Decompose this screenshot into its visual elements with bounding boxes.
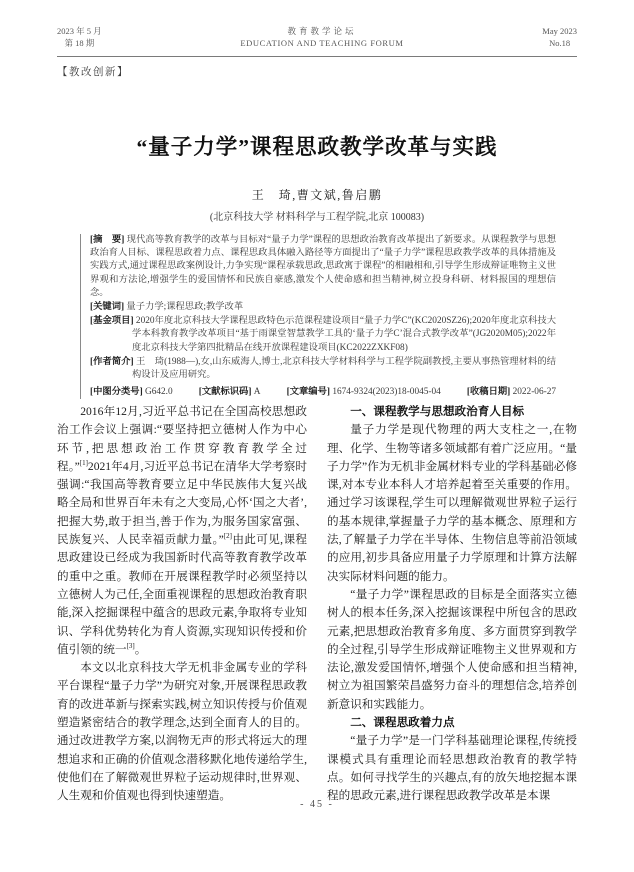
front-matter: [摘 要] 现代高等教育教学的改革与目标对“量子力学”课程的思想政治教育改革提出… [80, 234, 556, 399]
article-id-item: [文章编号] 1674-9324(2023)18-0045-04 [287, 386, 441, 399]
keywords-label: [关键词] [90, 302, 124, 312]
section-heading-1: 一、课程教学与思想政治育人目标 [327, 403, 577, 421]
clc-value: G642.0 [145, 387, 173, 397]
author-bio-text: 王 琦(1988—),女,山东威海人,博士,北京科技大学材料科学与工程学院副教授… [132, 357, 556, 380]
received-date-label: [收稿日期] [467, 387, 510, 397]
section1-paragraph-2: “量子力学”课程思政的目标是全面落实立德树人的根本任务,深入挖掘该课程中所包含的… [327, 586, 577, 714]
clc-label: [中图分类号] [90, 387, 143, 397]
received-date-item: [收稿日期] 2022-06-27 [467, 386, 556, 399]
article-title: “量子力学”课程思政教学改革与实践 [0, 130, 634, 161]
header-divider [57, 56, 577, 57]
left-column: 2016年12月,习近平总书记在全国高校思想政治工作会议上强调:“要坚持把立德树… [57, 403, 307, 806]
intro-text-3: 由此可见,课程思政建设已经成为我国新时代高等教育教学改革的重中之重。教师在开展课… [57, 533, 307, 656]
keywords-text: 量子力学;课程思政;教学改革 [126, 302, 243, 312]
article-meta-row: [中图分类号] G642.0 [文献标识码] A [文章编号] 1674-932… [90, 386, 556, 399]
header-right: May 2023 No.18 [542, 25, 577, 49]
journal-issue-cn: 第 18 期 [57, 37, 102, 49]
doc-code-value: A [254, 387, 261, 397]
journal-date-cn: 2023 年 5 月 [57, 25, 102, 37]
author-bio-row: [作者简介] 王 琦(1988—),女,山东威海人,博士,北京科技大学材料科学与… [90, 356, 556, 382]
header-left: 2023 年 5 月 第 18 期 [57, 25, 102, 49]
keywords-row: [关键词] 量子力学;课程思政;教学改革 [90, 301, 556, 314]
author-bio-label: [作者简介] [90, 357, 134, 367]
journal-name-cn: 教育教学论坛 [240, 25, 403, 37]
article-authors: 王 琦,曹文斌,鲁启鹏 [0, 186, 634, 203]
journal-name-en: EDUCATION AND TEACHING FORUM [240, 37, 403, 49]
journal-issue-en: No.18 [542, 37, 577, 49]
received-date-value: 2022-06-27 [513, 387, 556, 397]
clc-item: [中图分类号] G642.0 [90, 386, 173, 399]
abstract-label: [摘 要] [90, 235, 124, 245]
header-center: 教育教学论坛 EDUCATION AND TEACHING FORUM [240, 25, 403, 49]
article-id-label: [文章编号] [287, 387, 330, 397]
article-id-value: 1674-9324(2023)18-0045-04 [332, 387, 440, 397]
citation-ref-1: [1] [80, 459, 88, 467]
intro-text-4: 。 [135, 643, 147, 656]
page-number: - 45 - [0, 799, 634, 810]
fund-label: [基金项目] [90, 316, 134, 326]
citation-ref-3: [3] [127, 642, 135, 650]
article-affiliation: (北京科技大学 材料科学与工程学院,北京 100083) [0, 208, 634, 223]
journal-date-en: May 2023 [542, 25, 577, 37]
fund-row: [基金项目] 2020年度北京科技大学课程思政特色示范课程建设项目“量子力学C”… [90, 315, 556, 355]
paragraph-overview: 本文以北京科技大学无机非金属专业的学科平台课程“量子力学”为研究对象,开展课程思… [57, 659, 307, 805]
right-column: 一、课程教学与思想政治育人目标 量子力学是现代物理的两大支柱之一,在物理、化学、… [327, 403, 577, 806]
section2-paragraph-1: “量子力学”是一门学科基础理论课程,传统授课模式具有重理论而轻思想政治教育的教学… [327, 732, 577, 805]
citation-ref-2: [2] [224, 532, 232, 540]
section1-paragraph-1: 量子力学是现代物理的两大支柱之一,在物理、化学、生物等诸多领域都有着广泛应用。“… [327, 421, 577, 586]
body-columns: 2016年12月,习近平总书记在全国高校思想政治工作会议上强调:“要坚持把立德树… [57, 403, 577, 806]
paper-page: 2023 年 5 月 第 18 期 教育教学论坛 EDUCATION AND T… [0, 0, 634, 872]
abstract-text: 现代高等教育教学的改革与目标对“量子力学”课程的思想政治教育改革提出了新要求。从… [90, 235, 556, 298]
doc-code-item: [文献标识码] A [199, 386, 261, 399]
section-heading-2: 二、课程思政着力点 [327, 714, 577, 732]
paragraph-intro: 2016年12月,习近平总书记在全国高校思想政治工作会议上强调:“要坚持把立德树… [57, 403, 307, 659]
abstract-row: [摘 要] 现代高等教育教学的改革与目标对“量子力学”课程的思想政治教育改革提出… [90, 234, 556, 300]
fund-text: 2020年度北京科技大学课程思政特色示范课程建设项目“量子力学C”(KC2020… [132, 316, 556, 352]
journal-header: 2023 年 5 月 第 18 期 教育教学论坛 EDUCATION AND T… [57, 25, 577, 49]
column-tag: 【教改创新】 [57, 64, 129, 79]
doc-code-label: [文献标识码] [199, 387, 252, 397]
